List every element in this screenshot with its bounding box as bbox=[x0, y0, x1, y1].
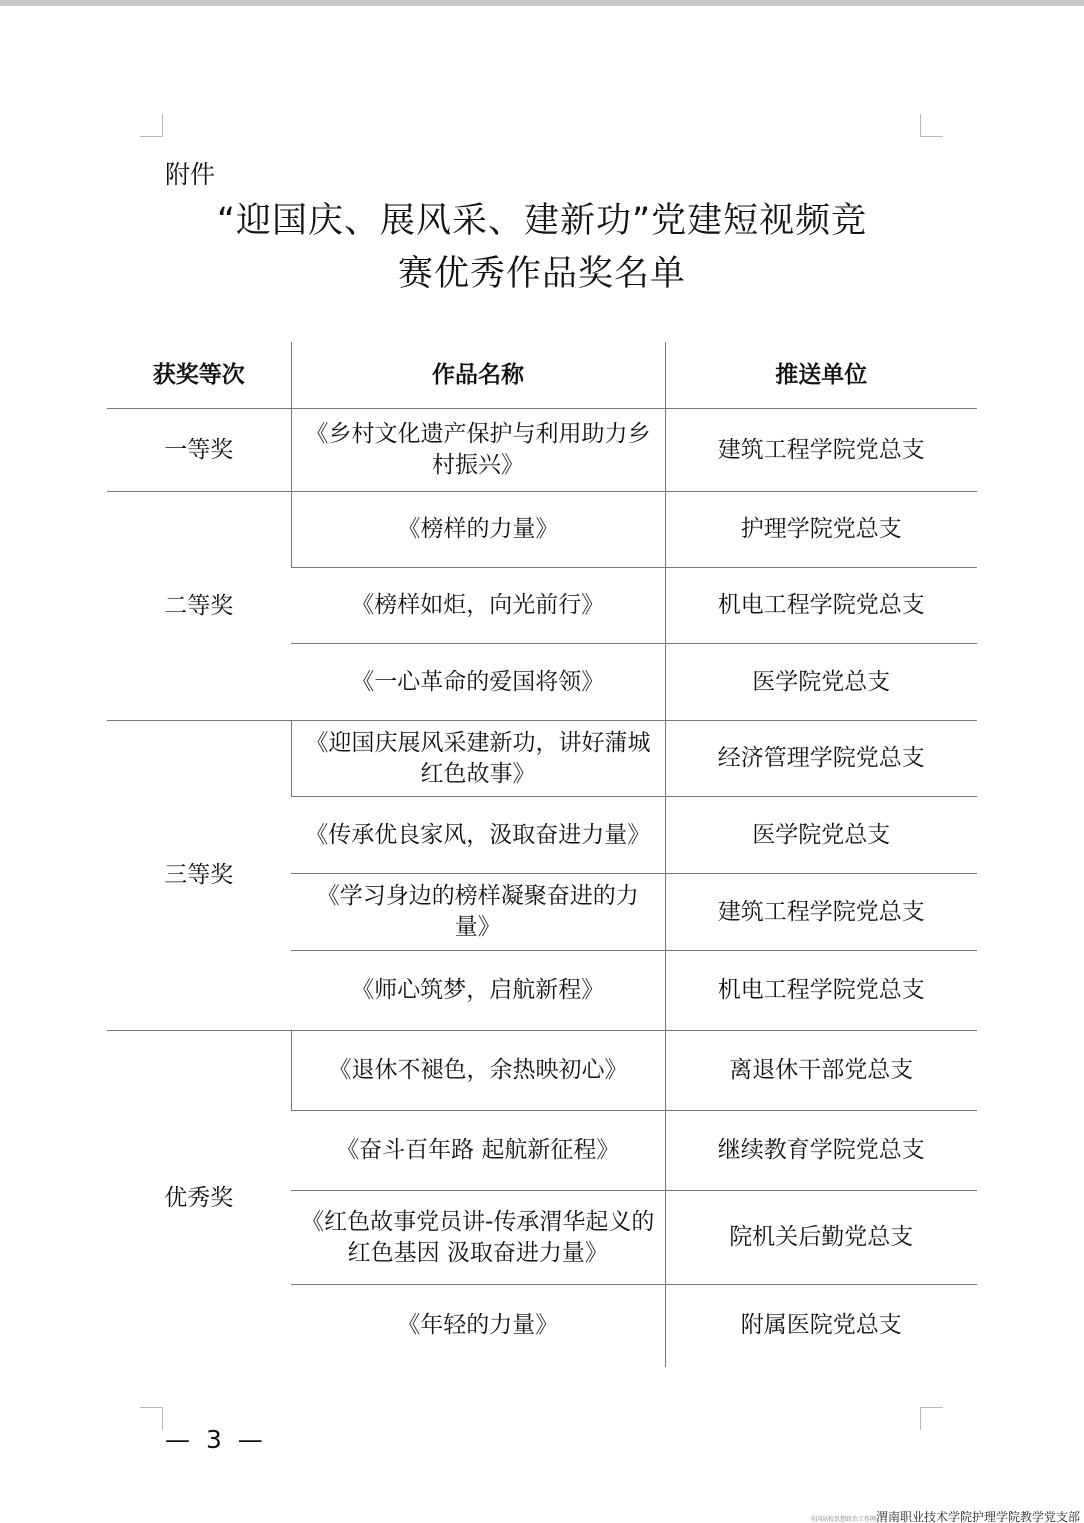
unit-cell: 建筑工程学院党总支 bbox=[665, 874, 977, 951]
work-title-cell: 《乡村文化遗产保护与利用助力乡村振兴》 bbox=[291, 409, 665, 492]
crop-mark-bottom-right bbox=[920, 1407, 943, 1430]
award-level-cell: 二等奖 bbox=[107, 492, 291, 721]
unit-cell: 机电工程学院党总支 bbox=[665, 951, 977, 1031]
unit-cell: 护理学院党总支 bbox=[665, 492, 977, 568]
table-header-row: 获奖等次 作品名称 推送单位 bbox=[107, 342, 977, 409]
work-title-cell: 《传承优良家风，汲取奋进力量》 bbox=[291, 797, 665, 874]
document-title-line-1: “迎国庆、展风采、建新功”党建短视频竞 bbox=[150, 193, 934, 243]
top-edge-bar bbox=[0, 0, 1084, 6]
unit-cell: 建筑工程学院党总支 bbox=[665, 409, 977, 492]
table-row: 二等奖 《榜样的力量》 护理学院党总支 bbox=[107, 492, 977, 568]
unit-cell: 医学院党总支 bbox=[665, 797, 977, 874]
watermark: 全国高校思想政治工作网渭南职业技术学院护理学院教学党支部 bbox=[810, 1508, 1080, 1523]
award-level-cell: 优秀奖 bbox=[107, 1031, 291, 1367]
header-submitting-unit: 推送单位 bbox=[665, 342, 977, 409]
work-title-cell: 《榜样如炬，向光前行》 bbox=[291, 568, 665, 644]
work-title-cell: 《迎国庆展风采建新功，讲好蒲城红色故事》 bbox=[291, 721, 665, 797]
work-title-cell: 《退休不褪色，余热映初心》 bbox=[291, 1031, 665, 1111]
header-work-title: 作品名称 bbox=[291, 342, 665, 409]
work-title-cell: 《师心筑梦，启航新程》 bbox=[291, 951, 665, 1031]
crop-mark-top-right bbox=[920, 114, 943, 137]
unit-cell: 机电工程学院党总支 bbox=[665, 568, 977, 644]
table-row: 优秀奖 《退休不褪色，余热映初心》 离退休干部党总支 bbox=[107, 1031, 977, 1111]
work-title-cell: 《榜样的力量》 bbox=[291, 492, 665, 568]
unit-cell: 继续教育学院党总支 bbox=[665, 1111, 977, 1191]
work-title-cell: 《红色故事党员讲-传承渭华起义的红色基因 汲取奋进力量》 bbox=[291, 1191, 665, 1285]
crop-mark-bottom-left bbox=[140, 1407, 163, 1430]
table-row: 三等奖 《迎国庆展风采建新功，讲好蒲城红色故事》 经济管理学院党总支 bbox=[107, 721, 977, 797]
work-title-cell: 《学习身边的榜样凝聚奋进的力量》 bbox=[291, 874, 665, 951]
award-level-cell: 一等奖 bbox=[107, 409, 291, 492]
work-title-cell: 《年轻的力量》 bbox=[291, 1285, 665, 1367]
award-table: 获奖等次 作品名称 推送单位 一等奖 《乡村文化遗产保护与利用助力乡村振兴》 建… bbox=[107, 342, 977, 1367]
unit-cell: 离退休干部党总支 bbox=[665, 1031, 977, 1111]
unit-cell: 院机关后勤党总支 bbox=[665, 1191, 977, 1285]
attachment-label: 附件 bbox=[165, 155, 215, 191]
unit-cell: 附属医院党总支 bbox=[665, 1285, 977, 1367]
unit-cell: 经济管理学院党总支 bbox=[665, 721, 977, 797]
award-level-cell: 三等奖 bbox=[107, 721, 291, 1031]
page-number: — 3 — bbox=[165, 1425, 267, 1454]
unit-cell: 医学院党总支 bbox=[665, 644, 977, 721]
work-title-cell: 《一心革命的爱国将领》 bbox=[291, 644, 665, 721]
watermark-small-text: 全国高校思想政治工作网 bbox=[810, 1516, 876, 1523]
watermark-text: 渭南职业技术学院护理学院教学党支部 bbox=[876, 1510, 1080, 1523]
header-award-level: 获奖等次 bbox=[107, 342, 291, 409]
table-row: 一等奖 《乡村文化遗产保护与利用助力乡村振兴》 建筑工程学院党总支 bbox=[107, 409, 977, 492]
work-title-cell: 《奋斗百年路 起航新征程》 bbox=[291, 1111, 665, 1191]
crop-mark-top-left bbox=[140, 114, 163, 137]
document-title-line-2: 赛优秀作品奖名单 bbox=[150, 246, 934, 296]
